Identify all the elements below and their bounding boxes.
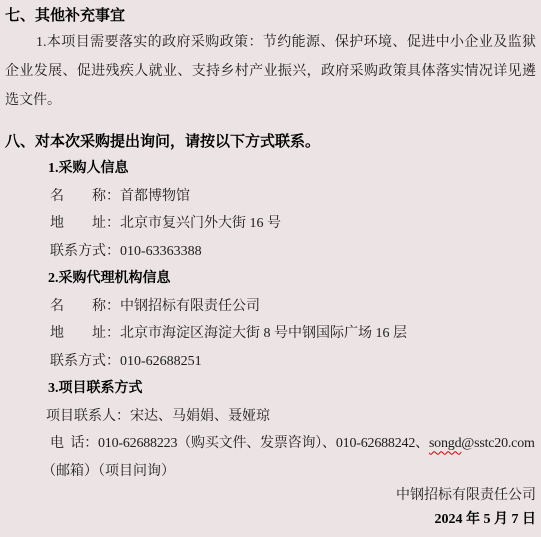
project-phone-line: 电 话：010-62688223（购买文件、发票咨询）、010-62688242… (50, 430, 536, 458)
email-domain-text: @sstc20.com (461, 436, 534, 451)
agency-info-heading: 2.采购代理机构信息 (48, 265, 536, 293)
purchaser-info-heading: 1.采购人信息 (48, 155, 536, 183)
agency-address-line: 地 址：北京市海淀区海淀大街 8 号中钢国际广场 16 层 (50, 320, 536, 348)
email-username-text: songd (429, 436, 461, 451)
section-8-heading: 八、对本次采购提出询问，请按以下方式联系。 (5, 129, 536, 155)
purchaser-contact-line: 联系方式：010-63363388 (50, 238, 536, 266)
phone-numbers-text: 电 话：010-62688223（购买文件、发票咨询）、010-62688242… (50, 436, 429, 451)
signature-company-name: 中钢招标有限责任公司 (5, 485, 536, 506)
project-contact-heading: 3.项目联系方式 (48, 375, 536, 403)
signature-date: 2024 年 5 月 7 日 (5, 506, 536, 533)
section-7-paragraph: 1.本项目需要落实的政府采购政策：节约能源、保护环境、促进中小企业及监狱企业发展… (5, 29, 536, 115)
agency-name-line: 名 称：中钢招标有限责任公司 (50, 293, 536, 321)
project-contact-person-line: 项目联系人：宋达、马娟娟、聂娅琼 (46, 403, 536, 431)
phone-line-continuation: （邮箱）（项目问询） (42, 458, 536, 486)
purchaser-address-line: 地 址：北京市复兴门外大街 16 号 (50, 210, 536, 238)
purchaser-name-line: 名 称：首都博物馆 (50, 183, 536, 211)
agency-contact-line: 联系方式：010-62688251 (50, 348, 536, 376)
document-page: 七、其他补充事宜 1.本项目需要落实的政府采购政策：节约能源、保护环境、促进中小… (0, 0, 541, 533)
section-7-heading: 七、其他补充事宜 (5, 3, 536, 29)
